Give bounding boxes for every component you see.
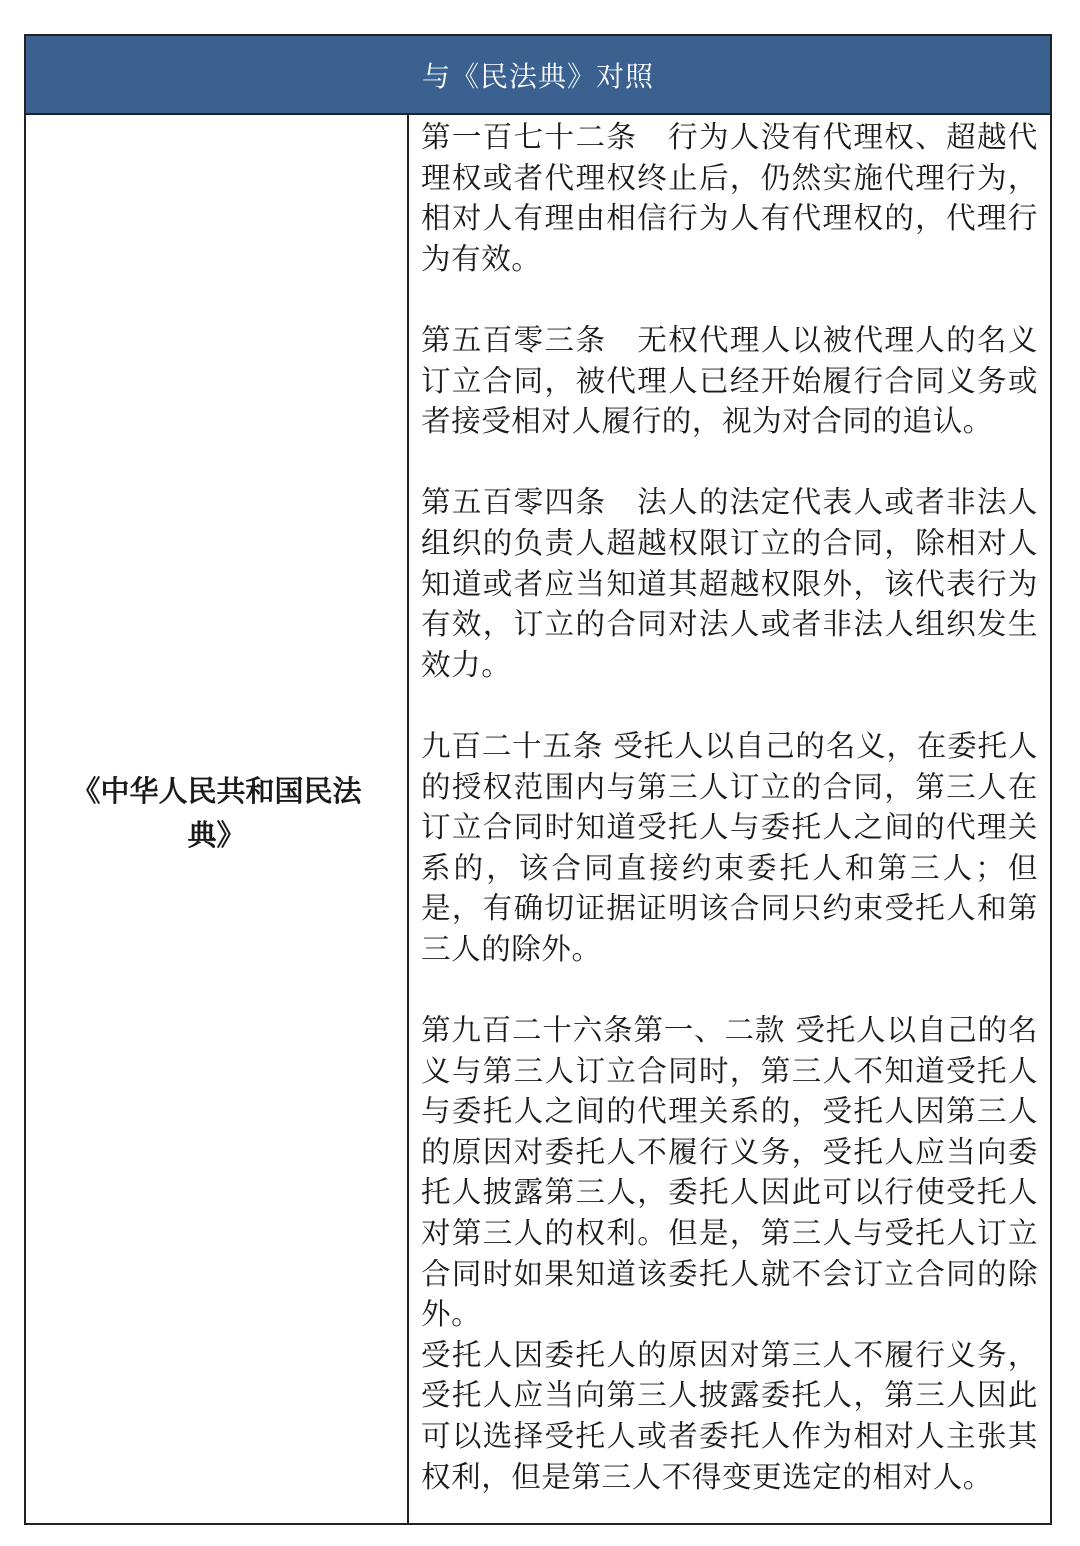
articles-cell: 第一百七十二条 行为人没有代理权、超越代理权或者代理权终止后，仍然实施代理行为，… (409, 115, 1050, 1523)
law-name-cell: 《中华人民共和国民法典》 (26, 115, 409, 1523)
law-name-label: 《中华人民共和国民法典》 (57, 769, 377, 857)
article-172: 第一百七十二条 行为人没有代理权、超越代理权或者代理权终止后，仍然实施代理行为，… (421, 117, 1038, 279)
table-header: 与《民法典》对照 (26, 36, 1050, 115)
article-503: 第五百零三条 无权代理人以被代理人的名义订立合同，被代理人已经开始履行合同义务或… (421, 320, 1038, 442)
table-header-title: 与《民法典》对照 (422, 55, 654, 95)
article-925: 九百二十五条 受托人以自己的名义，在委托人的授权范围内与第三人订立的合同，第三人… (421, 726, 1038, 970)
comparison-table: 与《民法典》对照 《中华人民共和国民法典》 第一百七十二条 行为人没有代理权、超… (24, 34, 1052, 1525)
article-504: 第五百零四条 法人的法定代表人或者非法人组织的负责人超越权限订立的合同，除相对人… (421, 482, 1038, 685)
article-926-para-1: 第九百二十六条第一、二款 受托人以自己的名义与第三人订立合同时，第三人不知道受托… (421, 1010, 1038, 1335)
article-926-para-2: 受托人因委托人的原因对第三人不履行义务，受托人应当向第三人披露委托人，第三人因此… (421, 1335, 1038, 1497)
